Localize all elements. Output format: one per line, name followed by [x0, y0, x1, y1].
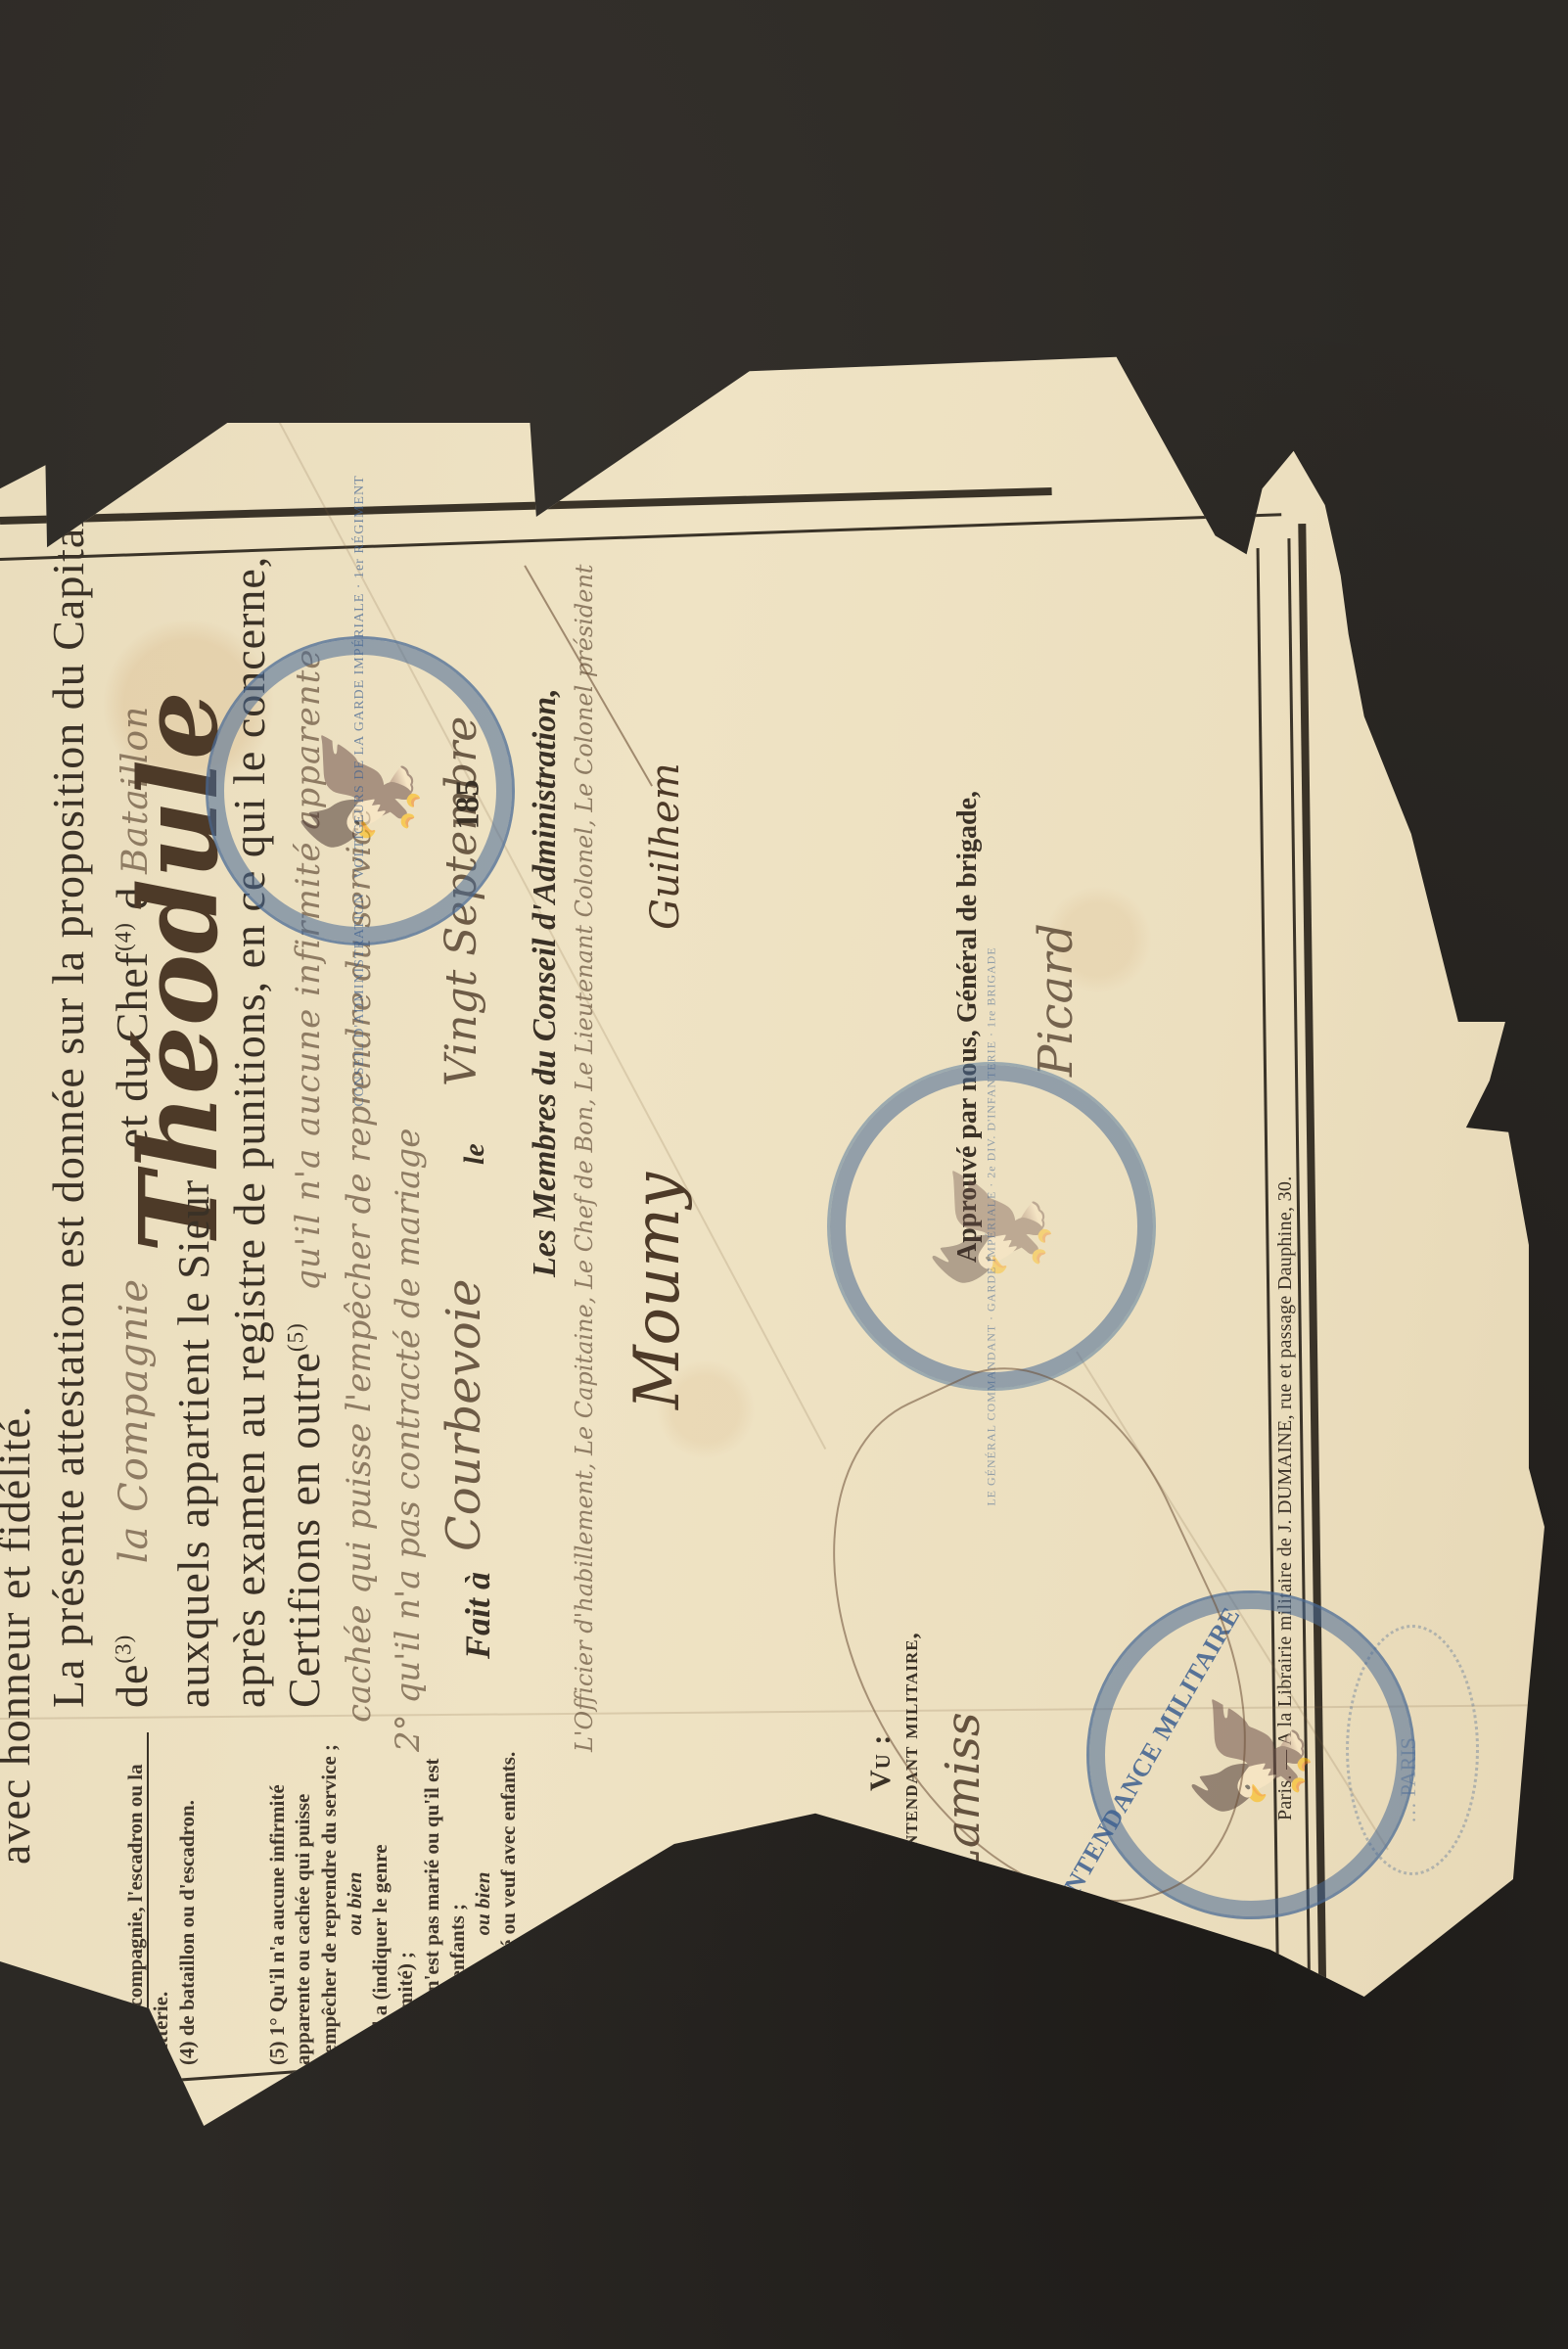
handwritten-place: Courbevoie — [440, 1279, 487, 1551]
le-label: le — [460, 1143, 489, 1165]
general-signature: Picard — [1033, 923, 1080, 1077]
text-line-sieur: auxquels appartient le Sieur — [171, 1179, 216, 1708]
signature-1: Moumy — [626, 1173, 689, 1409]
text-line-attestation: La présente attestation est donnée sur l… — [46, 469, 91, 1708]
stamp-4-text: … PARIS — [1398, 1737, 1419, 1823]
de-label: de — [107, 1664, 157, 1708]
stamp-faded-paris: … PARIS — [1346, 1625, 1479, 1875]
handwritten-mariage: 2° qu'il n'a pas contracté de mariage — [392, 1128, 425, 1752]
attestation-text: La présente attestation est donnée sur l… — [43, 469, 93, 1708]
frame-top-thin — [0, 513, 1281, 561]
footnote-5-or-1: ou bien — [342, 1742, 367, 2065]
handwritten-roles: L'Officier d'habillement, Le Capitaine, … — [573, 564, 596, 1752]
footnote-5a: (5) 1° Qu'il n'a aucune infirmité appare… — [264, 1742, 342, 2065]
stamp-garde-imperiale-conseil: 🦅 CONSEIL D'ADMINISTRATION · VOLTIGEURS … — [206, 636, 515, 945]
stamp-1-text: CONSEIL D'ADMINISTRATION · VOLTIGEURS DE… — [352, 475, 368, 1106]
certifions-label: Certifions en outre — [279, 1352, 329, 1708]
ref-3: (3) — [112, 1635, 136, 1664]
footnote-4: (4) de bataillon ou d'escadron. — [174, 1742, 200, 2065]
stamp-general-commandant: 🦅 LE GÉNÉRAL COMMANDANT · GARDE IMPÉRIAL… — [827, 1062, 1156, 1391]
stamp-year: 185 — [450, 780, 487, 830]
conseil-heading: Les Membres du Conseil d'Administration, — [529, 688, 562, 1277]
signature-2: Guilhem — [646, 762, 685, 930]
frame-top-thick — [0, 487, 1052, 525]
fait-a-label: Fait à — [460, 1572, 495, 1659]
frame-right-thick — [1298, 524, 1328, 2168]
ref-5: (5) — [284, 1322, 308, 1352]
handwritten-compagnie: la Compagnie — [112, 1278, 157, 1563]
text-line-honneur: avec honneur et fidélité. — [0, 1405, 37, 1865]
